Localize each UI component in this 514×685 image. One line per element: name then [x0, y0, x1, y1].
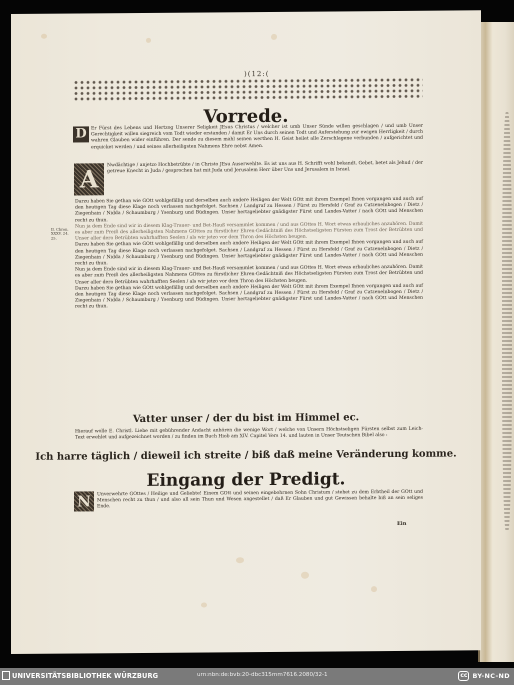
- library-name: UNIVERSITÄTSBIBLIOTHEK WÜRZBURG: [12, 672, 158, 680]
- body-text-1: Darzu haben Sie gethan wie GOtt wohlgefä…: [75, 197, 423, 225]
- decorated-initial: D: [73, 126, 89, 142]
- license-link[interactable]: cc BY-NC-ND: [458, 671, 510, 681]
- vater-unser-line: Vatter unser / der du bist im Himmel ec.: [11, 411, 481, 426]
- body-text-3: Hierauf wolle E. Christl. Liebe mit gebü…: [75, 427, 423, 442]
- foxing-spot: [41, 34, 47, 39]
- license-text: BY-NC-ND: [472, 672, 510, 680]
- body-paragraph-3: Hierauf wolle E. Christl. Liebe mit gebü…: [75, 427, 423, 442]
- marginal-note: II. Chron. XXXV. 24. 25.: [51, 227, 75, 240]
- digitization-footer: UNIVERSITÄTSBIBLIOTHEK WÜRZBURG urn:nbn:…: [0, 668, 514, 685]
- foxing-spot: [236, 557, 244, 563]
- body-text-1-repeat: Darzu haben Sie gethan wie GOtt wohlgefä…: [75, 240, 423, 268]
- hiob-verse-line: Ich harre täglich / dieweil ich streite …: [11, 448, 481, 463]
- foxing-spot: [271, 34, 277, 40]
- book-gutter: [478, 22, 514, 662]
- ornamental-border: [73, 77, 423, 102]
- creative-commons-icon: cc: [458, 671, 469, 681]
- decorated-initial: N: [74, 491, 94, 511]
- section-intro-paragraph: Nwdächtige / anjetzo Hochbetrübte / in C…: [107, 161, 423, 176]
- catchword: Ein: [397, 521, 406, 527]
- foxing-spot: [371, 586, 377, 592]
- vorrede-paragraph: Er Fürst des Lebens und Hertzog Unserer …: [91, 124, 423, 151]
- heading-eingang-der-predigt: Eingang der Predigt.: [11, 468, 481, 492]
- vorrede-text: Er Fürst des Lebens und Hertzog Unserer …: [91, 124, 423, 151]
- bleed-through-text: [502, 112, 512, 532]
- scan-viewer: )(12:( Vorrede. D Er Fürst des Lebens un…: [0, 0, 514, 668]
- decorated-initial: A: [74, 163, 104, 195]
- eingang-paragraph: Unverwehrte GOttes / Heilige und Geliebt…: [97, 490, 423, 511]
- section-intro-text: Nwdächtige / anjetzo Hochbetrübte / in C…: [107, 161, 423, 176]
- page-number: )(12:(: [244, 70, 269, 78]
- foxing-spot: [201, 602, 207, 607]
- urn-identifier[interactable]: urn:nbn:de:bvb:20-dbc315mm7616.2080/32-1: [197, 672, 328, 678]
- document-page: )(12:( Vorrede. D Er Fürst des Lebens un…: [11, 10, 481, 654]
- foxing-spot: [301, 572, 309, 579]
- body-text-1-repeat-2: Darzu haben Sie gethan wie GOtt wohlgefä…: [75, 284, 423, 312]
- library-logo-icon: [2, 671, 10, 680]
- eingang-text: Unverwehrte GOttes / Heilige und Geliebt…: [97, 490, 423, 511]
- library-logo[interactable]: UNIVERSITÄTSBIBLIOTHEK WÜRZBURG: [2, 671, 158, 680]
- foxing-spot: [146, 38, 151, 43]
- body-paragraph-1: Darzu haben Sie gethan wie GOtt wohlgefä…: [75, 197, 423, 311]
